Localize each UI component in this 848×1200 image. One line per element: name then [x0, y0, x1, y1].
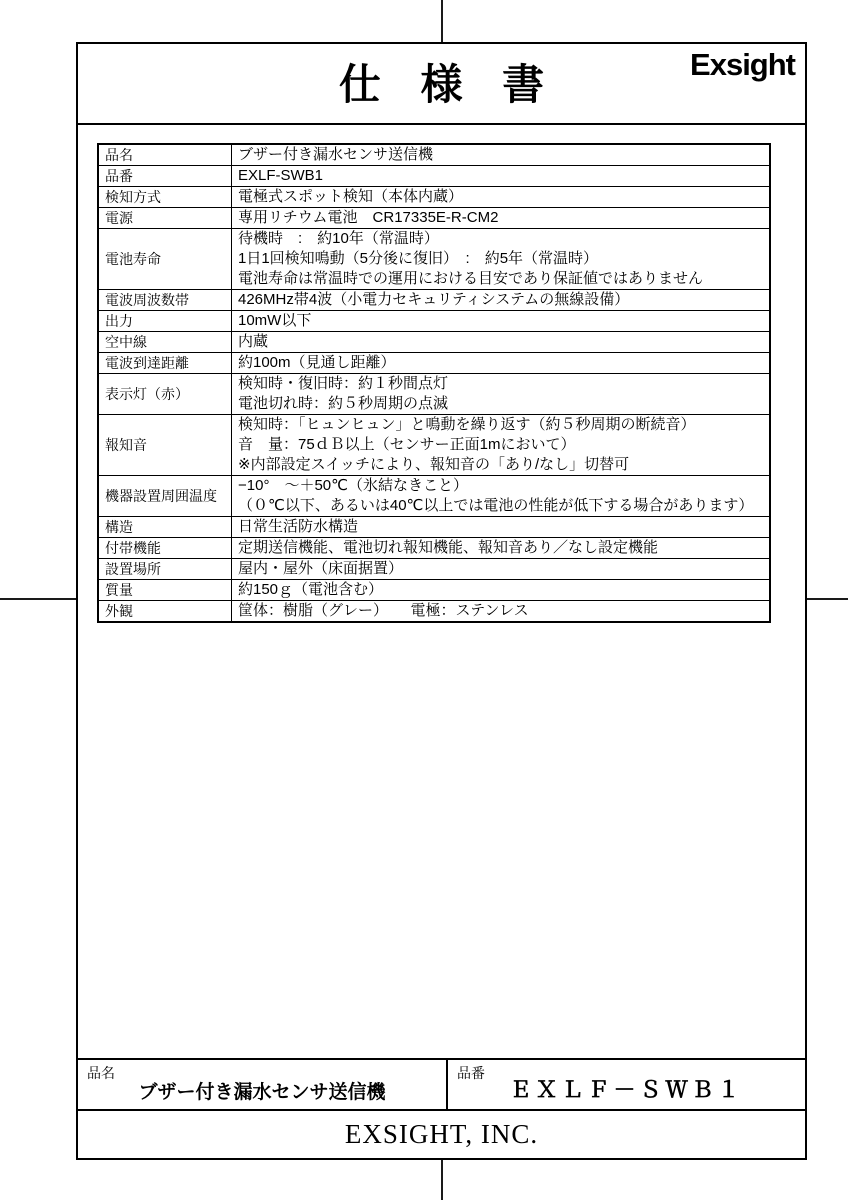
footer-part-number-cell: 品番 ＥＸＬＦ－ＳＷＢ１ — [448, 1060, 805, 1109]
table-row: 外観 筐体：樹脂（グレー） 電極：ステンレス — [98, 601, 770, 623]
table-row: 品名 ブザー付き漏水センサ送信機 — [98, 144, 770, 166]
spec-label: 電池寿命 — [98, 229, 232, 290]
spec-value: 検知時：「ヒュンヒュン」と鳴動を繰り返す（約５秒周期の断続音） 音 量：75ｄＢ… — [232, 415, 771, 476]
spec-value-line: 電極式スポット検知（本体内蔵） — [238, 187, 767, 207]
spec-label: 質量 — [98, 580, 232, 601]
spec-value-line: 10mW以下 — [238, 311, 767, 331]
spec-value-line: 音 量：75ｄＢ以上（センサー正面1mにおいて） — [238, 435, 767, 455]
spec-label: 検知方式 — [98, 187, 232, 208]
table-row: 品番 EXLF-SWB1 — [98, 166, 770, 187]
table-row: 電源 専用リチウム電池 CR17335E-R-CM2 — [98, 208, 770, 229]
spec-value-line: 1日1回検知鳴動（5分後に復旧） : 約5年（常温時） — [238, 249, 767, 269]
spec-value-line: 約150ｇ（電池含む） — [238, 580, 767, 600]
table-row: 電波到達距離 約100m（見通し距離） — [98, 353, 770, 374]
spec-label: 付帯機能 — [98, 538, 232, 559]
spec-label: 電波周波数帯 — [98, 290, 232, 311]
spec-value: 筐体：樹脂（グレー） 電極：ステンレス — [232, 601, 771, 623]
spec-value-line: 待機時 : 約10年（常温時） — [238, 229, 767, 249]
crop-mark-bottom — [441, 1158, 443, 1200]
spec-label: 設置場所 — [98, 559, 232, 580]
document-frame: 仕 様 書 Exsight 品名 ブザー付き漏水センサ送信機 品番 EXLF-S… — [76, 42, 807, 1160]
page: 仕 様 書 Exsight 品名 ブザー付き漏水センサ送信機 品番 EXLF-S… — [0, 0, 848, 1200]
table-row: 電池寿命 待機時 : 約10年（常温時） 1日1回検知鳴動（5分後に復旧） : … — [98, 229, 770, 290]
crop-mark-left — [0, 598, 78, 600]
spec-label: 外観 — [98, 601, 232, 623]
spec-value: 約100m（見通し距離） — [232, 353, 771, 374]
spec-value-line: 定期送信機能、電池切れ報知機能、報知音あり／なし設定機能 — [238, 538, 767, 558]
spec-value-line: ※内部設定スイッチにより、報知音の「あり/なし」切替可 — [238, 455, 767, 475]
spec-value-line: 検知時・復旧時：約１秒間点灯 — [238, 374, 767, 394]
table-row: 表示灯（赤） 検知時・復旧時：約１秒間点灯 電池切れ時：約５秒周期の点滅 — [98, 374, 770, 415]
spec-value: −10° ～＋50℃（氷結なきこと） （０℃以下、あるいは40℃以上では電池の性… — [232, 476, 771, 517]
table-row: 検知方式 電極式スポット検知（本体内蔵） — [98, 187, 770, 208]
spec-value: ブザー付き漏水センサ送信機 — [232, 144, 771, 166]
content-area: 品名 ブザー付き漏水センサ送信機 品番 EXLF-SWB1 検知方式 — [78, 125, 805, 1058]
table-row: 空中線 内蔵 — [98, 332, 770, 353]
spec-value: EXLF-SWB1 — [232, 166, 771, 187]
spec-value-line: 426MHz帯4波（小電力セキュリティシステムの無線設備） — [238, 290, 767, 310]
spec-value-line: ブザー付き漏水センサ送信機 — [238, 145, 767, 165]
spec-value: 日常生活防水構造 — [232, 517, 771, 538]
spec-value-line: （０℃以下、あるいは40℃以上では電池の性能が低下する場合があります） — [238, 496, 767, 516]
spec-value-line: EXLF-SWB1 — [238, 166, 767, 186]
spec-label: 品名 — [98, 144, 232, 166]
spec-label: 機器設置周囲温度 — [98, 476, 232, 517]
spec-label: 品番 — [98, 166, 232, 187]
spec-value-line: 電池切れ時：約５秒周期の点滅 — [238, 394, 767, 414]
spec-label: 報知音 — [98, 415, 232, 476]
spec-value-line: 専用リチウム電池 CR17335E-R-CM2 — [238, 208, 767, 228]
footer-number-value: ＥＸＬＦ－ＳＷＢ１ — [448, 1073, 805, 1104]
crop-mark-top — [441, 0, 443, 44]
spec-value-line: 筐体：樹脂（グレー） 電極：ステンレス — [238, 601, 767, 621]
footer-product-name-cell: 品名 ブザー付き漏水センサ送信機 — [78, 1060, 448, 1109]
company-name: EXSIGHT, INC. — [345, 1119, 538, 1150]
spec-value: 内蔵 — [232, 332, 771, 353]
spec-value-line: 検知時：「ヒュンヒュン」と鳴動を繰り返す（約５秒周期の断続音） — [238, 415, 767, 435]
table-row: 構造 日常生活防水構造 — [98, 517, 770, 538]
spec-value-line: 屋内・屋外（床面据置） — [238, 559, 767, 579]
spec-value: 待機時 : 約10年（常温時） 1日1回検知鳴動（5分後に復旧） : 約5年（常… — [232, 229, 771, 290]
spec-value: 屋内・屋外（床面据置） — [232, 559, 771, 580]
footer-name-value: ブザー付き漏水センサ送信機 — [78, 1077, 446, 1104]
spec-value-line: 電池寿命は常温時での運用における目安であり保証値ではありません — [238, 269, 767, 289]
table-row: 機器設置周囲温度 −10° ～＋50℃（氷結なきこと） （０℃以下、あるいは40… — [98, 476, 770, 517]
spec-value: 10mW以下 — [232, 311, 771, 332]
spec-value: 定期送信機能、電池切れ報知機能、報知音あり／なし設定機能 — [232, 538, 771, 559]
table-row: 報知音 検知時：「ヒュンヒュン」と鳴動を繰り返す（約５秒周期の断続音） 音 量：… — [98, 415, 770, 476]
spec-value: 426MHz帯4波（小電力セキュリティシステムの無線設備） — [232, 290, 771, 311]
spec-value: 検知時・復旧時：約１秒間点灯 電池切れ時：約５秒周期の点滅 — [232, 374, 771, 415]
spec-label: 電源 — [98, 208, 232, 229]
table-row: 電波周波数帯 426MHz帯4波（小電力セキュリティシステムの無線設備） — [98, 290, 770, 311]
spec-table: 品名 ブザー付き漏水センサ送信機 品番 EXLF-SWB1 検知方式 — [97, 143, 771, 623]
spec-value-line: 日常生活防水構造 — [238, 517, 767, 537]
spec-label: 構造 — [98, 517, 232, 538]
spec-value-line: 約100m（見通し距離） — [238, 353, 767, 373]
crop-mark-right — [805, 598, 848, 600]
spec-value: 電極式スポット検知（本体内蔵） — [232, 187, 771, 208]
table-row: 質量 約150ｇ（電池含む） — [98, 580, 770, 601]
footer-title-block: 品名 ブザー付き漏水センサ送信機 品番 ＥＸＬＦ－ＳＷＢ１ — [78, 1058, 805, 1109]
title-bar: 仕 様 書 Exsight — [78, 44, 805, 125]
table-row: 出力 10mW以下 — [98, 311, 770, 332]
spec-label: 出力 — [98, 311, 232, 332]
spec-label: 空中線 — [98, 332, 232, 353]
table-row: 設置場所 屋内・屋外（床面据置） — [98, 559, 770, 580]
brand-logo: Exsight — [690, 47, 795, 83]
spec-value: 専用リチウム電池 CR17335E-R-CM2 — [232, 208, 771, 229]
spec-label: 電波到達距離 — [98, 353, 232, 374]
spec-value: 約150ｇ（電池含む） — [232, 580, 771, 601]
table-row: 付帯機能 定期送信機能、電池切れ報知機能、報知音あり／なし設定機能 — [98, 538, 770, 559]
spec-value-line: −10° ～＋50℃（氷結なきこと） — [238, 476, 767, 496]
company-bar: EXSIGHT, INC. — [78, 1109, 805, 1158]
spec-label: 表示灯（赤） — [98, 374, 232, 415]
spec-value-line: 内蔵 — [238, 332, 767, 352]
